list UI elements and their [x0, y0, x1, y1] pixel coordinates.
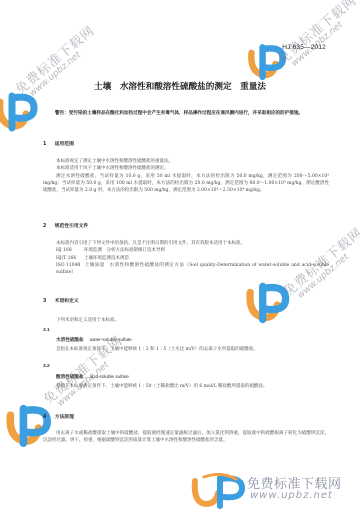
section-4-heading: 4 方法原理 [43, 413, 74, 420]
term-3-1-title: 水溶性硫酸盐water-soluble sulfate [56, 337, 132, 343]
section-2-body: 本标准内容引用了下列文件中的条款。凡是不注明日期的引用文件，其有效版本适用于本标… [43, 240, 329, 276]
section-3-heading: 3 术语和定义 [43, 297, 79, 304]
reference-item: ISO 11048土壤质量 水溶性和酸溶性硫酸盐的测定方法（Soil quali… [43, 262, 329, 277]
section-2-heading: 2 规范性引用文件 [43, 222, 88, 229]
document-page: 免费标准下载网 www.upbz.net 免费标准下载网 www.upbz.ne… [0, 0, 360, 509]
section-4-body: 用去离子水或稀盐酸提取土壤中的硫酸盐，提取液经慢速定量滤纸过滤后，加入氯化钡溶液… [43, 430, 329, 445]
paragraph: 测定水溶性硫酸盐，当试样量为 10.0 g，采用 50 ml 水提取时，本方法的… [43, 173, 329, 195]
up-logo-icon [190, 473, 246, 509]
warning-note: 警告：受污染的土壤样品在酸化和加热过程中会产生有毒气体，样品操作过程应在通风橱内… [43, 110, 329, 118]
paragraph: 本标准适用于风干土壤中水溶性和酸溶性硫酸盐的测定。 [43, 165, 329, 172]
standard-code: HJ 635—2012 [282, 44, 326, 51]
reference-item: HJ 168环境监测 分析方法标准制修订技术导则 [43, 247, 329, 254]
watermark-brand-bottom: 免费标准下载网 www.upbz.net [190, 473, 360, 509]
term-3-2-number: 3.2 [43, 364, 50, 369]
watermark-text-top-right: 免费标准下载网 www.upbz.net [276, 0, 360, 74]
term-3-2-definition: 是指在本标准规定条件下，土壤中能够被 1∶50（土稀盐酸比 m/V）的 6 mo… [43, 383, 329, 390]
up-logo-icon [4, 400, 58, 454]
term-3-1-definition: 是指在本标准规定条件下，土壤中能够被 1∶2 和 1∶5（土水比 m/V）的去离… [43, 346, 329, 353]
term-3-2-title: 酸溶性硫酸盐acid-soluble sulfate [56, 374, 129, 380]
section-1-body: 本标准规定了测定土壤中水溶性和酸溶性硫酸盐的重量法。 本标准适用于风干土壤中水溶… [43, 158, 329, 194]
document-title: 土壤 水溶性和酸溶性硫酸盐的测定 重量法 [0, 80, 360, 92]
watermark-text-top-left: 免费标准下载网 www.upbz.net [14, 24, 103, 104]
watermark-logo-bottom-left [4, 400, 58, 454]
paragraph: 本标准规定了测定土壤中水溶性和酸溶性硫酸盐的重量法。 [43, 158, 329, 165]
section-1-heading: 1 适用范围 [43, 140, 74, 147]
paragraph: 用去离子水或稀盐酸提取土壤中的硫酸盐，提取液经慢速定量滤纸过滤后，加入氯化钡溶液… [43, 430, 329, 445]
reference-item: HJ/T 166土壤环境监测技术规范 [43, 255, 329, 262]
term-3-1-number: 3.1 [43, 328, 50, 333]
section-3-intro: 下列术语和定义适用于本标准。 [43, 317, 329, 324]
paragraph: 本标准内容引用了下列文件中的条款。凡是不注明日期的引用文件，其有效版本适用于本标… [43, 240, 329, 247]
